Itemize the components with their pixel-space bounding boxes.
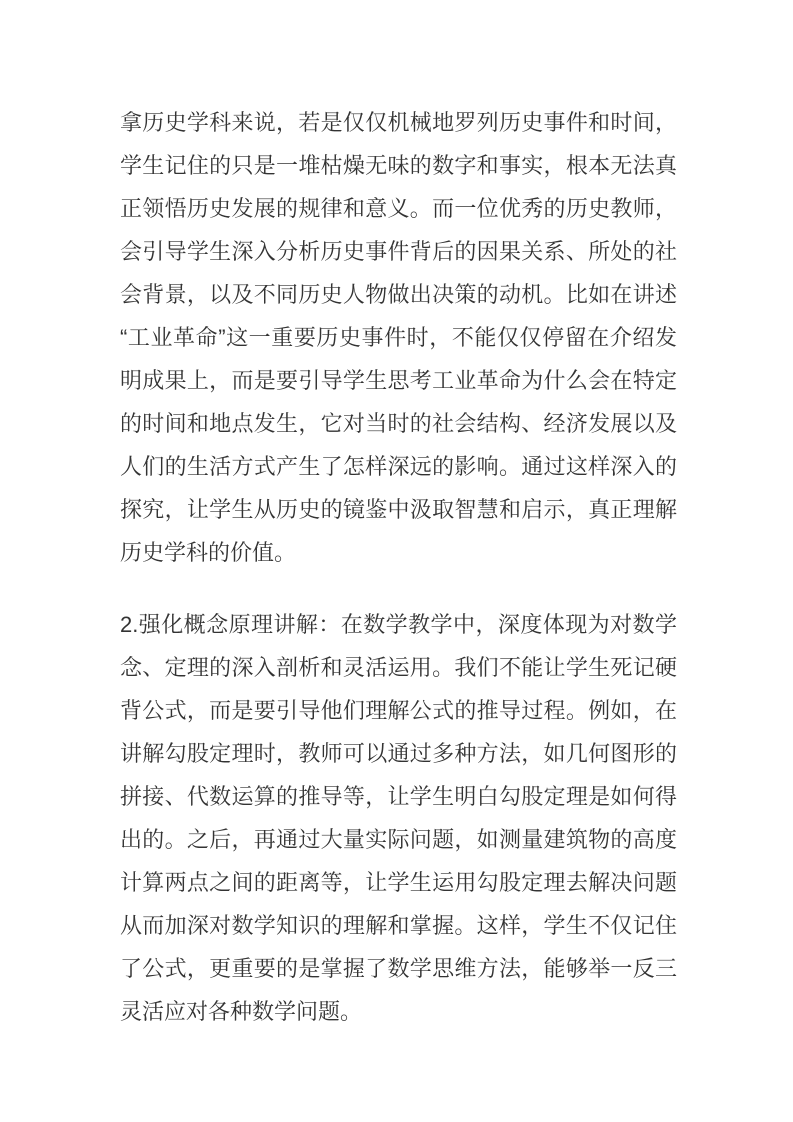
- text-line: 念、定理的深入剖析和灵活运用。我们不能让学生死记硬: [120, 646, 677, 689]
- text-line: 拼接、代数运算的推导等，让学生明白勾股定理是如何得: [120, 775, 677, 818]
- text-line: 拿历史学科来说，若是仅仅机械地罗列历史事件和时间，: [120, 101, 677, 144]
- text-line: 探究，让学生从历史的镜鉴中汲取智慧和启示，真正理解: [120, 488, 677, 531]
- text-line: 从而加深对数学知识的理解和掌握。这样，学生不仅记住: [120, 904, 677, 947]
- text-line: 会背景，以及不同历史人物做出决策的动机。比如在讲述: [120, 273, 677, 316]
- paragraph-math-teaching: 2.强化概念原理讲解：在数学教学中，深度体现为对数学概 念、定理的深入剖析和灵活…: [120, 603, 677, 1033]
- text-line: 讲解勾股定理时，教师可以通过多种方法，如几何图形的: [120, 732, 677, 775]
- document-page: 拿历史学科来说，若是仅仅机械地罗列历史事件和时间， 学生记住的只是一堆枯燥无味的…: [0, 0, 793, 1122]
- text-line: 的时间和地点发生，它对当时的社会结构、经济发展以及: [120, 402, 677, 445]
- text-line: 灵活应对各种数学问题。: [120, 990, 677, 1033]
- text-line: 正领悟历史发展的规律和意义。而一位优秀的历史教师，: [120, 187, 677, 230]
- text-line: “工业革命”这一重要历史事件时，不能仅仅停留在介绍发: [120, 316, 677, 359]
- text-line: 会引导学生深入分析历史事件背后的因果关系、所处的社: [120, 230, 677, 273]
- text-line: 出的。之后，再通过大量实际问题，如测量建筑物的高度: [120, 818, 677, 861]
- text-line: 学生记住的只是一堆枯燥无味的数字和事实，根本无法真: [120, 144, 677, 187]
- text-line: 背公式，而是要引导他们理解公式的推导过程。例如，在: [120, 689, 677, 732]
- paragraph-history-teaching: 拿历史学科来说，若是仅仅机械地罗列历史事件和时间， 学生记住的只是一堆枯燥无味的…: [120, 101, 677, 574]
- text-block: 拿历史学科来说，若是仅仅机械地罗列历史事件和时间， 学生记住的只是一堆枯燥无味的…: [120, 101, 677, 1062]
- text-line: 明成果上，而是要引导学生思考工业革命为什么会在特定: [120, 359, 677, 402]
- text-line: 计算两点之间的距离等，让学生运用勾股定理去解决问题: [120, 861, 677, 904]
- text-line: 历史学科的价值。: [120, 531, 677, 574]
- text-line: 2.强化概念原理讲解：在数学教学中，深度体现为对数学概: [120, 603, 677, 646]
- text-line: 人们的生活方式产生了怎样深远的影响。通过这样深入的: [120, 445, 677, 488]
- text-line: 了公式，更重要的是掌握了数学思维方法，能够举一反三: [120, 947, 677, 990]
